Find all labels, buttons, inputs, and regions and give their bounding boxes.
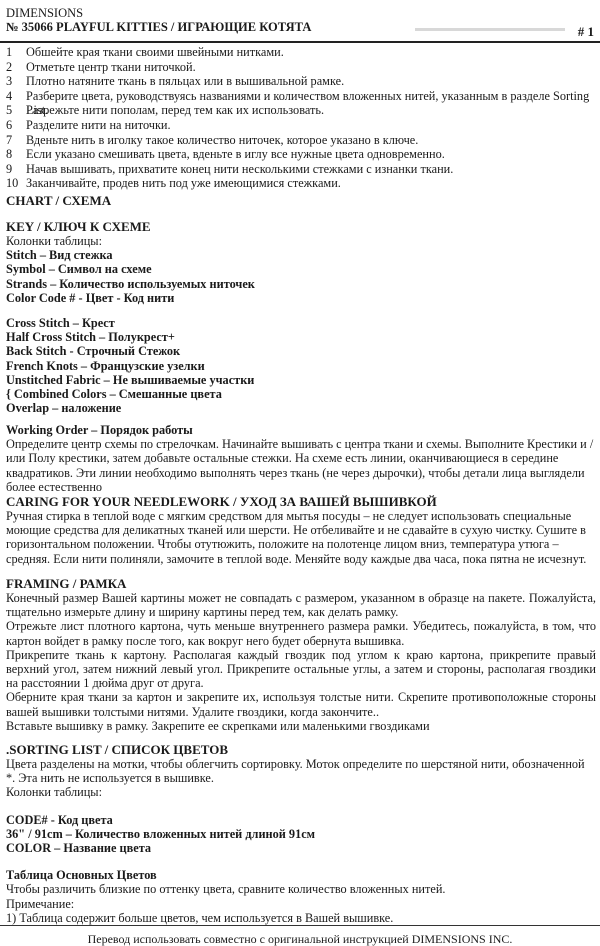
sorting-columns-label: Колонки таблицы: bbox=[6, 785, 596, 799]
framing-paragraph: Отрежьте лист плотного картона, чуть мен… bbox=[6, 619, 596, 647]
scan-bleed-through: ▬▬▬▬▬▬▬▬▬▬▬▬▬▬▬ bbox=[415, 22, 565, 36]
stitch-type-item: Back Stitch - Строчный Стежок bbox=[6, 344, 596, 358]
stitch-type-item: Unstitched Fabric – Не вышиваемые участк… bbox=[6, 373, 596, 387]
footer-rule bbox=[0, 925, 600, 926]
caring-section: CARING FOR YOUR NEEDLEWORK / УХОД ЗА ВАШ… bbox=[6, 494, 596, 566]
caring-text: Ручная стирка в теплой воде с мягким сре… bbox=[6, 509, 596, 566]
step-item: 7Вденьте нить в иголку такое количество … bbox=[6, 133, 596, 148]
sorting-column-item: 36" / 91cm – Количество вложенных нитей … bbox=[6, 827, 596, 841]
page-number: # 1 bbox=[578, 25, 594, 39]
working-order-heading: Working Order – Порядок работы bbox=[6, 423, 596, 437]
stitch-type-item: Half Cross Stitch – Полукрест+ bbox=[6, 330, 596, 344]
sorting-heading: .SORTING LIST / СПИСОК ЦВЕТОВ bbox=[6, 742, 596, 757]
working-order-section: Working Order – Порядок работы Определит… bbox=[6, 423, 596, 494]
step-item: 1Обшейте края ткани своими швейными нитк… bbox=[6, 45, 596, 60]
stitch-type-item: French Knots – Французские узелки bbox=[6, 359, 596, 373]
brand-name: DIMENSIONS bbox=[6, 6, 83, 20]
stitch-type-item: { Combined Colors – Смешанные цвета bbox=[6, 387, 596, 401]
sorting-text: Цвета разделены на мотки, чтобы облегчит… bbox=[6, 757, 596, 785]
footer-text: Перевод использовать совместно с оригина… bbox=[0, 932, 600, 946]
key-columns-label: Колонки таблицы: bbox=[6, 234, 596, 248]
key-column-item: Stitch – Вид стежка bbox=[6, 248, 596, 262]
working-order-text: Определите центр схемы по стрелочкам. На… bbox=[6, 437, 596, 494]
sorting-section: .SORTING LIST / СПИСОК ЦВЕТОВ Цвета разд… bbox=[6, 742, 596, 925]
stitch-type-item: Overlap – наложение bbox=[6, 401, 596, 415]
framing-paragraph: Вставьте вышивку в рамку. Закрепите ее с… bbox=[6, 719, 596, 733]
key-column-item: Symbol – Символ на схеме bbox=[6, 262, 596, 276]
key-column-item: Color Code # - Цвет - Код нити bbox=[6, 291, 596, 305]
step-item: 6Разделите нити на ниточки. bbox=[6, 118, 596, 133]
document-title: № 35066 PLAYFUL KITTIES / ИГРАЮЩИЕ КОТЯТ… bbox=[6, 20, 311, 34]
stitch-type-item: Cross Stitch – Крест bbox=[6, 316, 596, 330]
header-rule bbox=[0, 41, 600, 43]
main-colors-table-text: Чтобы различить близкие по оттенку цвета… bbox=[6, 882, 596, 896]
main-colors-table-heading: Таблица Основных Цветов bbox=[6, 868, 596, 882]
key-column-item: Strands – Количество используемых ниточе… bbox=[6, 277, 596, 291]
step-item: 5Разрежьте нити пополам, перед тем как и… bbox=[6, 103, 596, 118]
note-item: 1) Таблица содержит больше цветов, чем и… bbox=[6, 911, 596, 925]
chart-heading: CHART / СХЕМА bbox=[6, 193, 596, 208]
framing-paragraph: Оберните края ткани за картон и закрепит… bbox=[6, 690, 596, 718]
steps-list: 1Обшейте края ткани своими швейными нитк… bbox=[6, 45, 596, 191]
framing-paragraph: Конечный размер Вашей картины может не с… bbox=[6, 591, 596, 619]
framing-section: FRAMING / РАМКА Конечный размер Вашей ка… bbox=[6, 576, 596, 733]
framing-paragraph: Прикрепите ткань к картону. Располагая к… bbox=[6, 648, 596, 691]
chart-section: CHART / СХЕМА bbox=[6, 193, 596, 208]
step-item: 2Отметьте центр ткани ниточкой. bbox=[6, 60, 596, 75]
step-item: 10Заканчивайте, продев нить под уже имею… bbox=[6, 176, 596, 191]
step-item: 9Начав вышивать, прихватите конец нити н… bbox=[6, 162, 596, 177]
instruction-page: ▬▬▬▬▬▬▬▬▬▬▬▬▬▬▬ DIMENSIONS № 35066 PLAYF… bbox=[0, 0, 600, 946]
key-section: KEY / КЛЮЧ К СХЕМЕ Колонки таблицы: Stit… bbox=[6, 219, 596, 305]
stitch-types: Cross Stitch – Крест Half Cross Stitch –… bbox=[6, 316, 596, 415]
step-item: 8Если указано смешивать цвета, вденьте в… bbox=[6, 147, 596, 162]
step-item: 3Плотно натяните ткань в пяльцах или в в… bbox=[6, 74, 596, 89]
sorting-column-item: COLOR – Название цвета bbox=[6, 841, 596, 855]
note-label: Примечание: bbox=[6, 897, 596, 911]
key-heading: KEY / КЛЮЧ К СХЕМЕ bbox=[6, 219, 596, 234]
framing-heading: FRAMING / РАМКА bbox=[6, 576, 596, 591]
step-item: 4Разберите цвета, руководствуясь названи… bbox=[6, 89, 596, 104]
caring-heading: CARING FOR YOUR NEEDLEWORK / УХОД ЗА ВАШ… bbox=[6, 494, 596, 509]
sorting-column-item: CODE# - Код цвета bbox=[6, 813, 596, 827]
